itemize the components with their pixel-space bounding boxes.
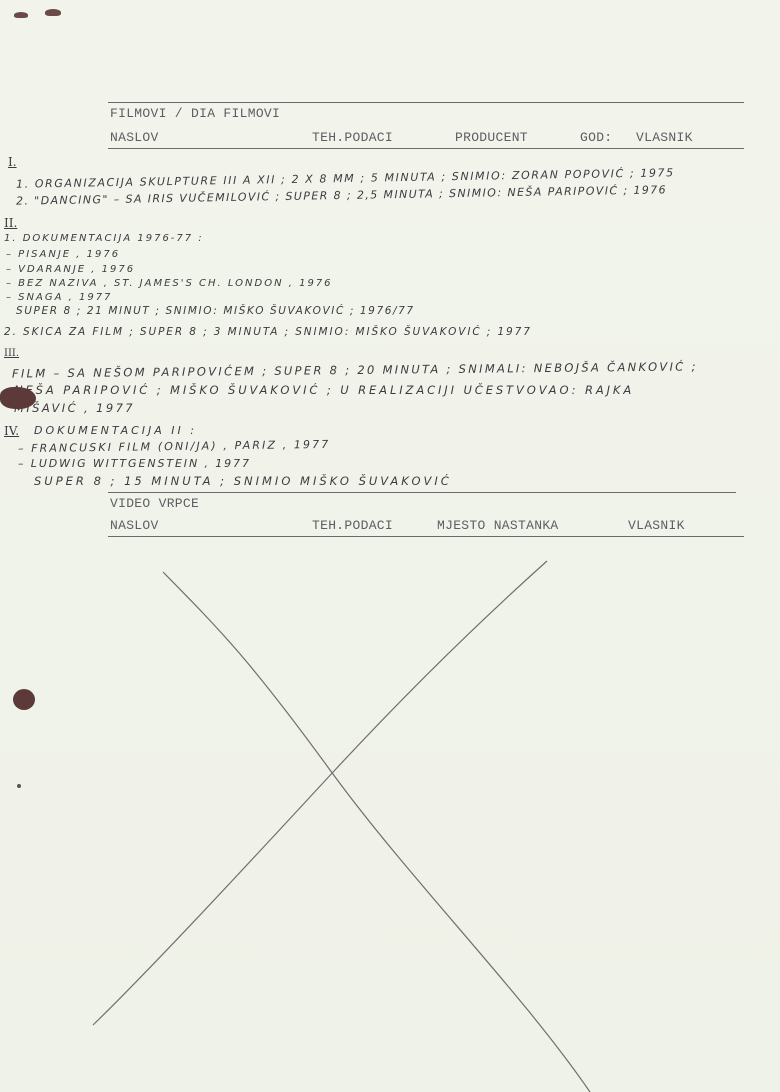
document-page: FILMOVI / DIA FILMOVI NASLOV TEH.PODACI … xyxy=(0,0,780,1092)
cross-out-mark xyxy=(0,0,780,1092)
punch-hole xyxy=(13,689,35,710)
margin-dot xyxy=(17,784,21,788)
